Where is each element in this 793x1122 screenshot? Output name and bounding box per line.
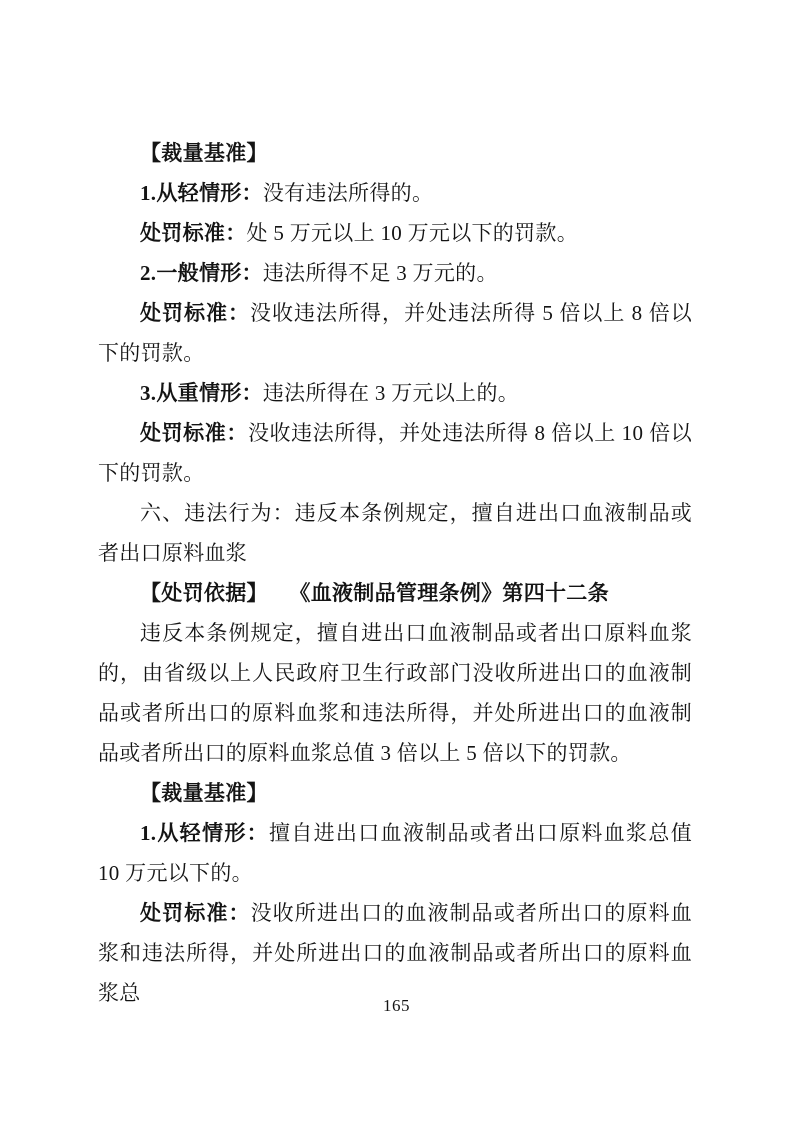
paragraph-clause-lenient-1: 1.从轻情形：没有违法所得的。 xyxy=(98,173,692,213)
text-run: 处罚标准： xyxy=(140,901,251,925)
page-footer: 165 xyxy=(0,995,793,1017)
paragraph-clause-regulation-text: 违反本条例规定，擅自进出口血液制品或者出口原料血浆的，由省级以上人民政府卫生行政… xyxy=(98,613,692,773)
paragraph-section-header-discretion-basis-2: 【裁量基准】 xyxy=(98,773,692,813)
paragraph-clause-severe-1: 3.从重情形：违法所得在 3 万元以上的。 xyxy=(98,373,692,413)
text-run: 没有违法所得的。 xyxy=(263,181,433,205)
text-run: 违法所得不足 3 万元的。 xyxy=(263,261,498,285)
paragraph-clause-penalty-standard-1: 处罚标准：处 5 万元以上 10 万元以下的罚款。 xyxy=(98,213,692,253)
text-run: 【处罚依据】 《血液制品管理条例》第四十二条 xyxy=(140,581,609,605)
text-run: 2.一般情形： xyxy=(140,261,263,285)
text-run: 1.从轻情形： xyxy=(140,821,269,845)
text-run: 六、违法行为：违反本条例规定，擅自进出口血液制品或者出口原料血浆 xyxy=(98,501,692,565)
text-run: 处 5 万元以上 10 万元以下的罚款。 xyxy=(247,221,579,245)
paragraph-clause-general-1: 2.一般情形：违法所得不足 3 万元的。 xyxy=(98,253,692,293)
text-run: 处罚标准： xyxy=(140,301,250,325)
text-run: 【裁量基准】 xyxy=(140,141,268,165)
paragraph-clause-illegal-act-6: 六、违法行为：违反本条例规定，擅自进出口血液制品或者出口原料血浆 xyxy=(98,493,692,573)
text-run: 违法所得在 3 万元以上的。 xyxy=(263,381,519,405)
text-run: 处罚标准： xyxy=(140,421,248,445)
text-run: 1.从轻情形： xyxy=(140,181,263,205)
paragraph-section-header-discretion-basis-1: 【裁量基准】 xyxy=(98,133,692,173)
page-number: 165 xyxy=(383,996,410,1015)
paragraph-clause-penalty-standard-3: 处罚标准：没收违法所得，并处违法所得 8 倍以上 10 倍以下的罚款。 xyxy=(98,413,692,493)
text-run: 【裁量基准】 xyxy=(140,781,268,805)
text-run: 违反本条例规定，擅自进出口血液制品或者出口原料血浆的，由省级以上人民政府卫生行政… xyxy=(98,621,692,765)
document-page: 【裁量基准】1.从轻情形：没有违法所得的。处罚标准：处 5 万元以上 10 万元… xyxy=(0,0,793,1122)
paragraph-clause-penalty-standard-2: 处罚标准：没收违法所得，并处违法所得 5 倍以上 8 倍以下的罚款。 xyxy=(98,293,692,373)
document-body: 【裁量基准】1.从轻情形：没有违法所得的。处罚标准：处 5 万元以上 10 万元… xyxy=(98,133,692,1013)
text-run: 3.从重情形： xyxy=(140,381,263,405)
text-run: 处罚标准： xyxy=(140,221,247,245)
paragraph-clause-lenient-2: 1.从轻情形：擅自进出口血液制品或者出口原料血浆总值 10 万元以下的。 xyxy=(98,813,692,893)
paragraph-section-header-penalty-basis: 【处罚依据】 《血液制品管理条例》第四十二条 xyxy=(98,573,692,613)
